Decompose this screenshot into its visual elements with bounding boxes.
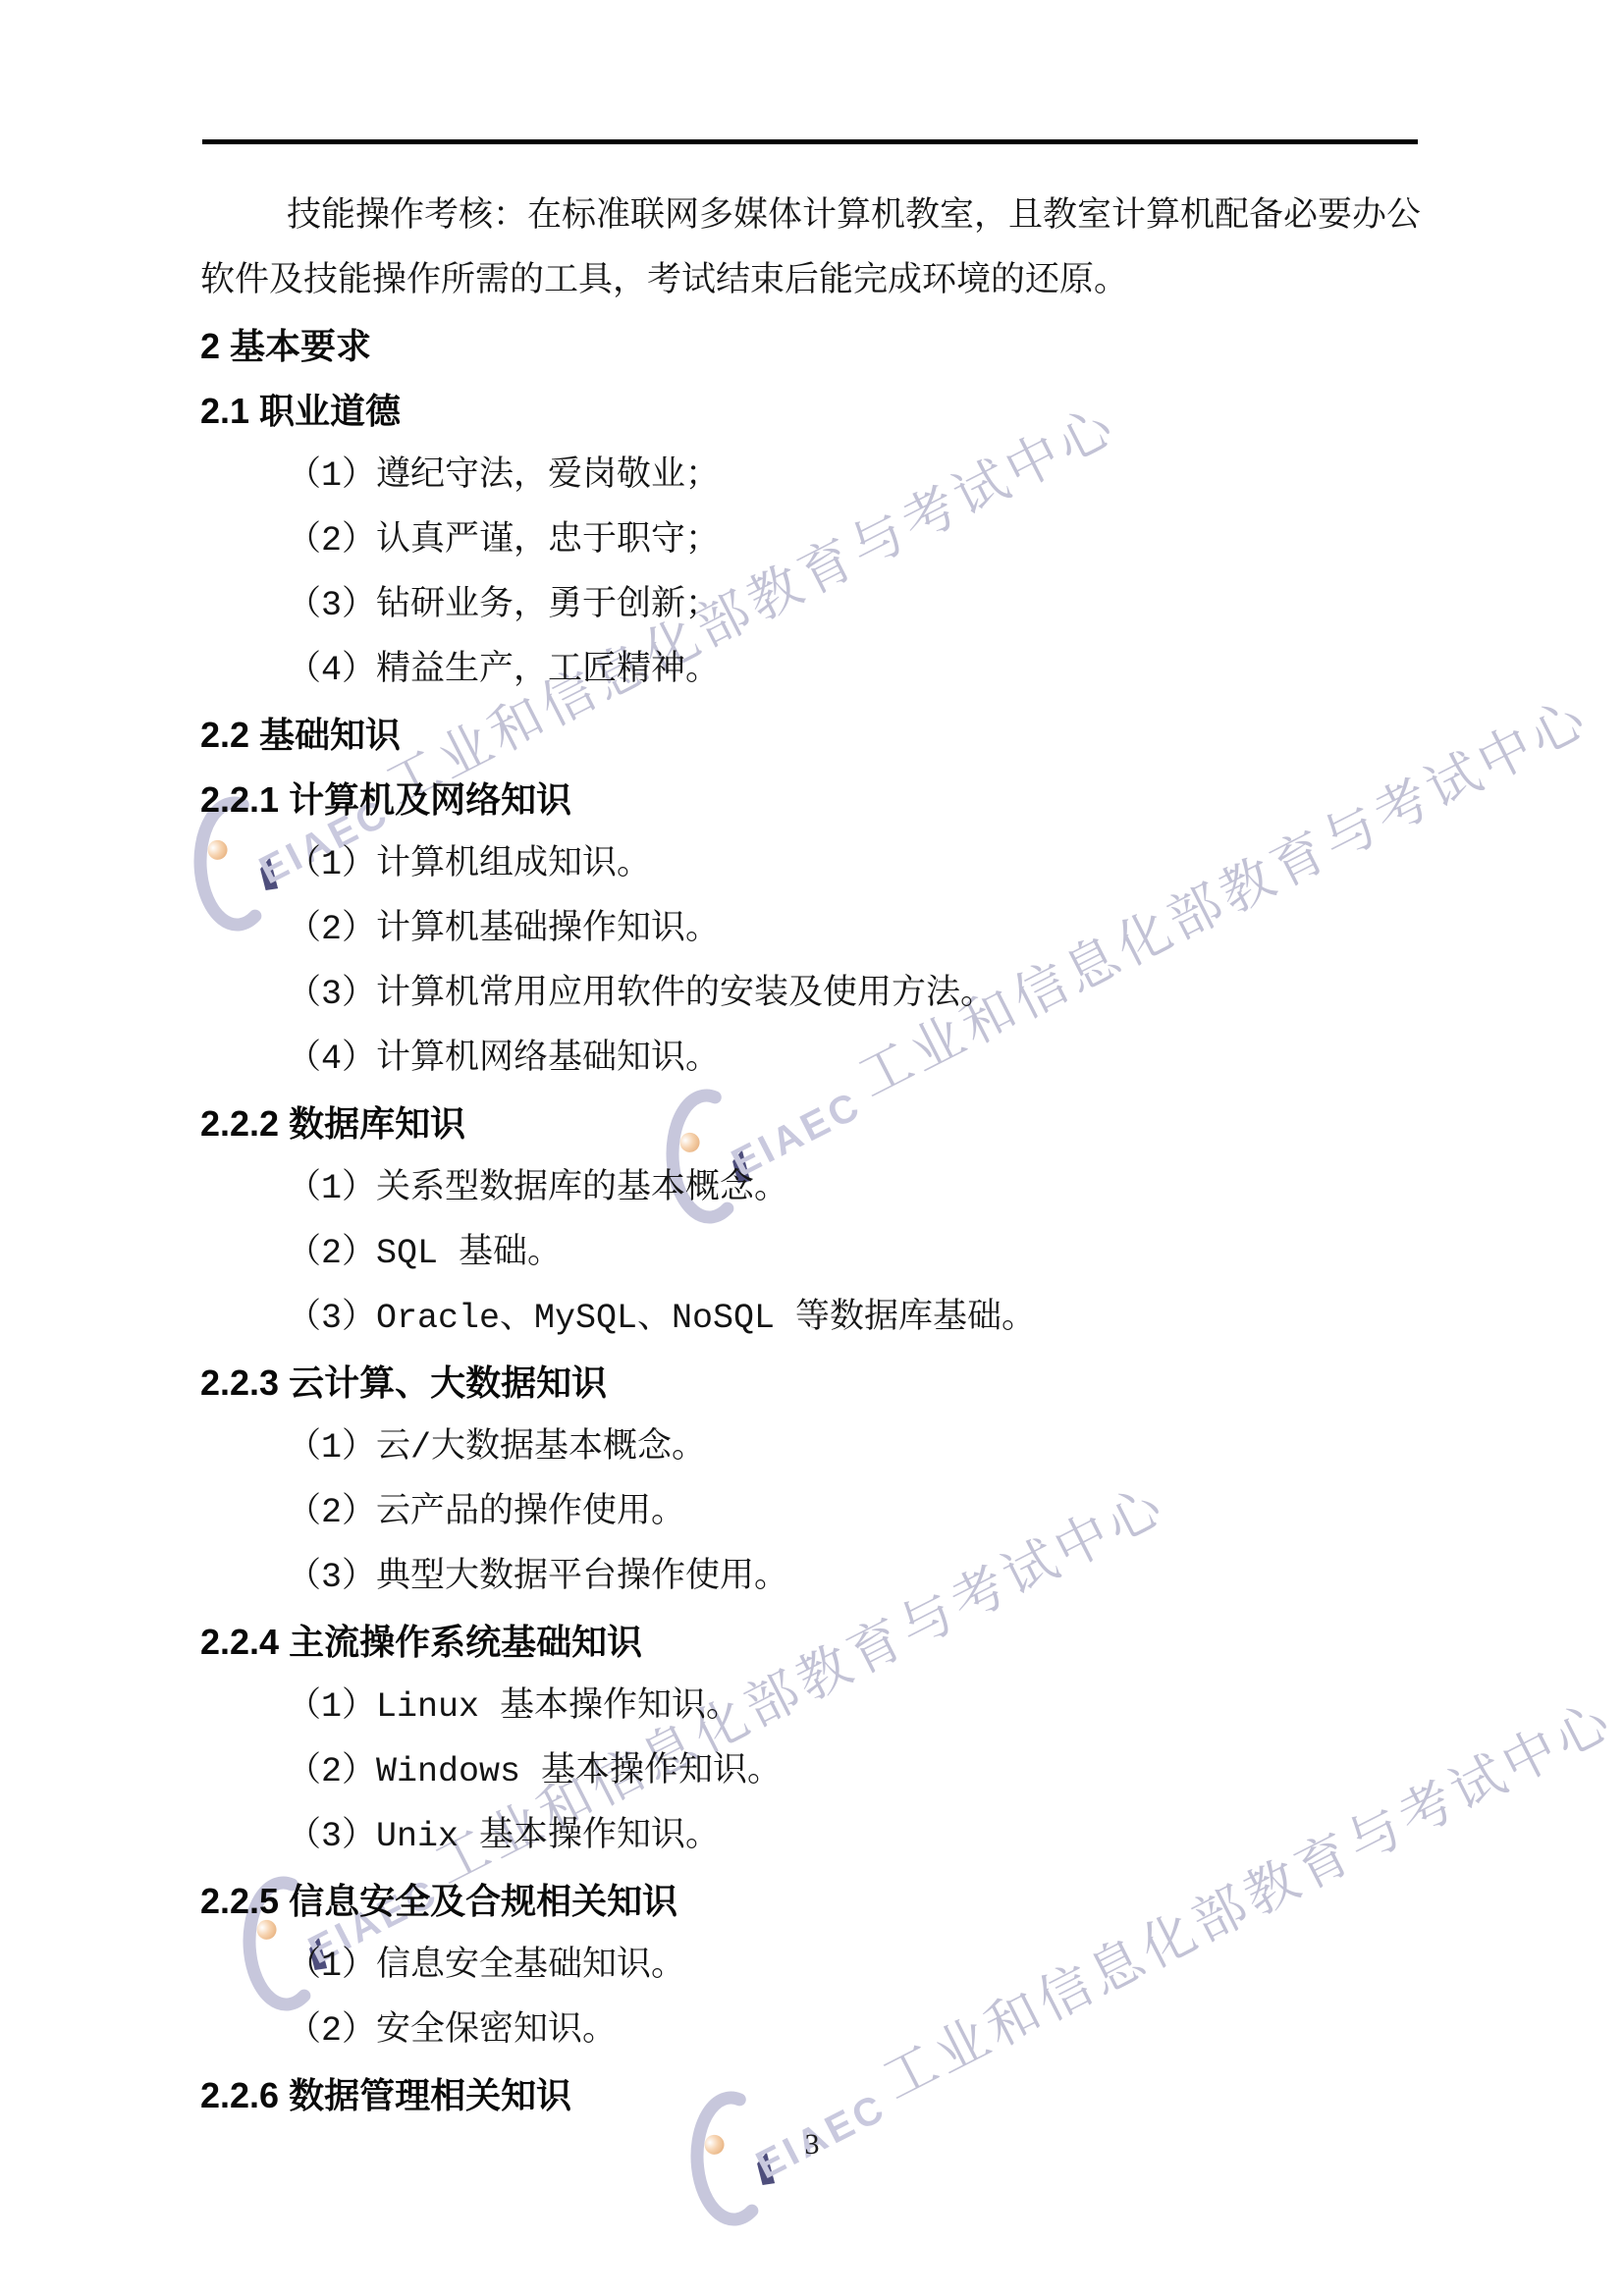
list-item: （3）Unix 基本操作知识。 [200,1804,1424,1869]
list-item: （1）计算机组成知识。 [200,832,1424,897]
list-item: （1）关系型数据库的基本概念。 [200,1156,1424,1221]
section-heading: 2.1 职业道德 [200,379,1424,444]
list-item: （3）计算机常用应用软件的安装及使用方法。 [200,962,1424,1027]
section-heading: 2.2.6 数据管理相关知识 [200,2063,1424,2128]
paragraph-line: 技能操作考核：在标准联网多媒体计算机教室，且教室计算机配备必要办公 [200,185,1424,249]
list-item: （2）计算机基础操作知识。 [200,897,1424,962]
list-item: （1）Linux 基本操作知识。 [200,1675,1424,1739]
list-item: （3）Oracle、MySQL、NoSQL 等数据库基础。 [200,1286,1424,1351]
section-heading: 2.2.5 信息安全及合规相关知识 [200,1869,1424,1934]
document-body: 技能操作考核：在标准联网多媒体计算机教室，且教室计算机配备必要办公软件及技能操作… [200,185,1424,2128]
document-page: EIAEC 工业和信息化部教育与考试中心 EIAEC 工业和信息化部教育与考试中… [0,0,1624,2296]
section-heading: 2.2.2 数据库知识 [200,1092,1424,1156]
list-item: （1）遵纪守法，爱岗敬业； [200,444,1424,508]
page-number: 3 [805,2128,820,2161]
list-item: （3）钻研业务，勇于创新； [200,573,1424,638]
paragraph-line: 软件及技能操作所需的工具，考试结束后能完成环境的还原。 [200,249,1424,314]
list-item: （1）云/大数据基本概念。 [200,1415,1424,1480]
list-item: （2）Windows 基本操作知识。 [200,1739,1424,1804]
list-item: （2）认真严谨，忠于职守； [200,508,1424,573]
section-heading: 2.2.4 主流操作系统基础知识 [200,1610,1424,1675]
list-item: （3）典型大数据平台操作使用。 [200,1545,1424,1610]
page-footer: 3 [0,2128,1624,2162]
section-heading: 2 基本要求 [200,314,1424,379]
section-heading: 2.2.3 云计算、大数据知识 [200,1351,1424,1415]
list-item: （1）信息安全基础知识。 [200,1934,1424,1999]
list-item: （4）计算机网络基础知识。 [200,1027,1424,1092]
section-heading: 2.2 基础知识 [200,703,1424,768]
header-rule [202,139,1418,144]
list-item: （4）精益生产，工匠精神。 [200,638,1424,703]
list-item: （2）SQL 基础。 [200,1221,1424,1286]
list-item: （2）云产品的操作使用。 [200,1480,1424,1545]
list-item: （2）安全保密知识。 [200,1999,1424,2063]
section-heading: 2.2.1 计算机及网络知识 [200,768,1424,832]
